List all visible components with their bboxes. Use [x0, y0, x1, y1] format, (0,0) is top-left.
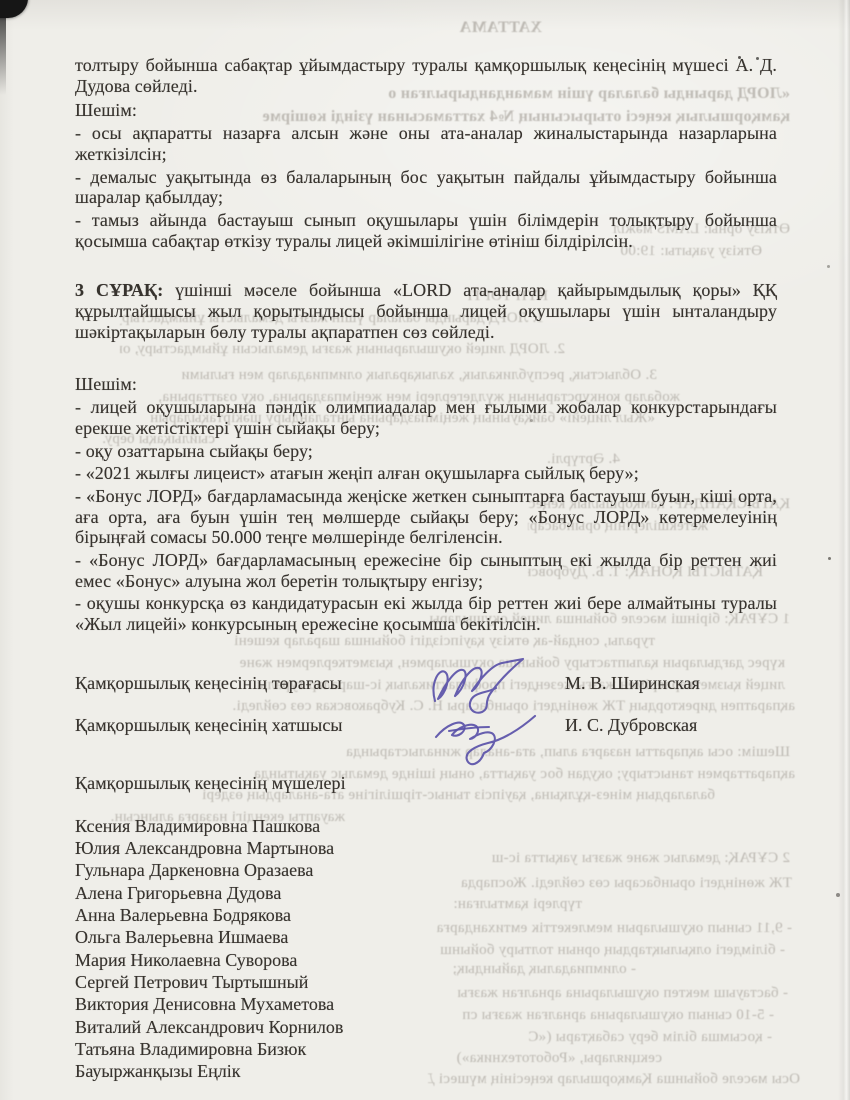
decision-2-item: - «Бонус ЛОРД» бағдарламасының ережесіне…	[75, 550, 777, 591]
member-name: Бауыржанқызы Еңлік	[75, 1060, 777, 1082]
document-content: толтыру бойынша сабақтар ұйымдастыру тур…	[75, 0, 777, 1082]
decision-1-item: - осы ақпаратты назарға алсын және оны а…	[75, 123, 777, 164]
members-role-label: Қамқоршылық кеңесінің мүшелері	[75, 773, 346, 793]
signature-row-secretary: Қамқоршылық кеңесінің хатшысы И. С. Дубр…	[75, 715, 777, 737]
member-name: Сергей Петрович Тыртышный	[75, 971, 777, 993]
secretary-signature	[431, 705, 549, 771]
scanned-document-page: ХАТТАМА«ЛОРД дарынды балалар үшін маманд…	[0, 0, 850, 1100]
chairman-name: М. В. Ширинская	[565, 673, 700, 694]
member-name: Анна Валерьевна Бодрякова	[75, 904, 777, 926]
member-name: Гульнара Даркеновна Оразаева	[75, 859, 777, 881]
member-name: Мария Николаевна Суворова	[75, 949, 777, 971]
decision-2-list: - лицей оқушыларына пәндік олимпиадалар …	[75, 397, 777, 635]
scan-right-edge	[838, 0, 850, 1100]
decision-2-item: - «Бонус ЛОРД» бағдарламасында жеңіске ж…	[75, 486, 777, 548]
paragraph-question-3: 3 СҰРАҚ: үшінші мәселе бойынша «LORD ата…	[75, 280, 777, 342]
question-3-label: 3 СҰРАҚ:	[75, 280, 163, 300]
member-name: Ксения Владимировна Пашкова	[75, 815, 777, 837]
member-name: Ольга Валерьевна Ишмаева	[75, 926, 777, 948]
decision-2-item: - «2021 жылғы лицеист» атағын жеңіп алға…	[75, 463, 777, 484]
decision-1-item: - тамыз айында бастауыш сынып оқушылары …	[75, 210, 777, 251]
scan-speck	[828, 557, 831, 560]
signature-row-chairman: Қамқоршылық кеңесінің төрағасы М. В. Шир…	[75, 673, 777, 695]
secretary-name: И. С. Дубровская	[565, 715, 697, 736]
decision-1-item: - демалыс уақытында өз балаларының бос у…	[75, 167, 777, 208]
member-name: Юлия Александровна Мартынова	[75, 837, 777, 859]
member-name: Виталий Александрович Корнилов	[75, 1016, 777, 1038]
decision-2-item: - оқушы конкурсқа өз кандидатурасын екі …	[75, 593, 777, 634]
scan-speck	[827, 265, 830, 268]
question-3-text: үшінші мәселе бойынша «LORD ата-аналар қ…	[75, 280, 777, 341]
chairman-role-label: Қамқоршылық кеңесінің төрағасы	[75, 673, 342, 693]
secretary-role-label: Қамқоршылық кеңесінің хатшысы	[75, 715, 343, 735]
member-name: Татьяна Владимировна Бизюк	[75, 1038, 777, 1060]
decision-2-item: - лицей оқушыларына пәндік олимпиадалар …	[75, 397, 777, 438]
decision-1-label: Шешім:	[75, 100, 777, 121]
member-name: Алена Григорьевна Дудова	[75, 882, 777, 904]
signature-row-members: Қамқоршылық кеңесінің мүшелері	[75, 773, 777, 795]
decision-2-item: - оқу озаттарына сыйақы беру;	[75, 441, 777, 462]
decision-1-list: - осы ақпаратты назарға алсын және оны а…	[75, 123, 777, 251]
paragraph-intro: толтыру бойынша сабақтар ұйымдастыру тур…	[75, 55, 777, 96]
decision-2-label: Шешім:	[75, 374, 777, 395]
member-name: Виктория Денисовна Мухаметова	[75, 993, 777, 1015]
members-list: Ксения Владимировна ПашковаЮлия Александ…	[75, 815, 777, 1083]
